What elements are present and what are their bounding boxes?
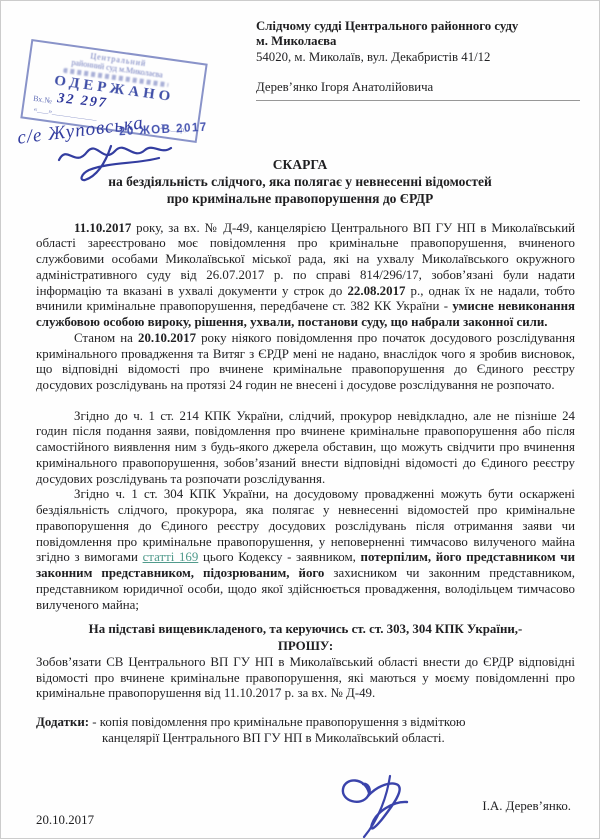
recipient-court-line1: Слідчому судді Центрального районного су…	[256, 19, 580, 34]
bold-text-run: 22.08.2017	[347, 284, 405, 298]
text-run: Згідно до ч. 1 ст. 214 КПК України, слід…	[36, 409, 575, 486]
applicant-name: Дерев’янко Ігоря Анатолійовича	[256, 80, 580, 101]
attachments-block: Додатки: - копія повідомлення про кримін…	[36, 714, 575, 746]
paragraph-request: Зобов’язати СВ Центрального ВП ГУ НП в М…	[36, 655, 575, 702]
attachments-line2: канцелярії Центрального ВП ГУ НП в Микол…	[102, 731, 445, 745]
recipient-address: 54020, м. Миколаїв, вул. Декабристів 41/…	[256, 50, 580, 65]
paragraph-status: Станом на 20.10.2017 року ніякого повідо…	[36, 331, 575, 394]
clerk-signature-squiggle	[51, 138, 181, 183]
paragraph-registration: 11.10.2017 року, за вх. № Д-49, канцеляр…	[36, 221, 575, 331]
closing-line: На підставі вищевикладеного, та керуючис…	[36, 621, 575, 638]
recipient-block: Слідчому судді Центрального районного су…	[256, 19, 580, 101]
text-run: цього Кодексу - заявником,	[198, 550, 360, 564]
document-date: 20.10.2017	[36, 813, 94, 828]
document-body: 11.10.2017 року, за вх. № Д-49, канцеляр…	[36, 221, 575, 614]
applicant-signature	[333, 771, 425, 839]
paragraph-article-214: Згідно до ч. 1 ст. 214 КПК України, слід…	[36, 409, 575, 488]
recipient-court-line2: м. Миколаєва	[256, 34, 580, 49]
request-heading: ПРОШУ:	[36, 638, 575, 655]
bold-text-run: 11.10.2017	[74, 221, 131, 235]
paragraph-article-304: Згідно ч. 1 ст. 304 КПК України, на досу…	[36, 487, 575, 613]
text-run: Зобов’язати СВ Центрального ВП ГУ НП в М…	[36, 655, 575, 700]
title-line3: про кримінальне правопорушення до ЄРДР	[1, 191, 599, 208]
attachments-label: Додатки:	[36, 715, 89, 729]
bold-text-run: 20.10.2017	[138, 331, 196, 345]
scanned-complaint-document: Слідчому судді Центрального районного су…	[0, 0, 600, 839]
closing-block: На підставі вищевикладеного, та керуючис…	[36, 621, 575, 655]
signer-name: І.А. Дерев’янко.	[482, 799, 571, 814]
attachments-line1: - копія повідомлення про кримінальне пра…	[89, 715, 465, 729]
text-run: Станом на	[74, 331, 138, 345]
request-section: Зобов’язати СВ Центрального ВП ГУ НП в М…	[36, 655, 575, 702]
statute-link[interactable]: статті 169	[143, 550, 199, 564]
